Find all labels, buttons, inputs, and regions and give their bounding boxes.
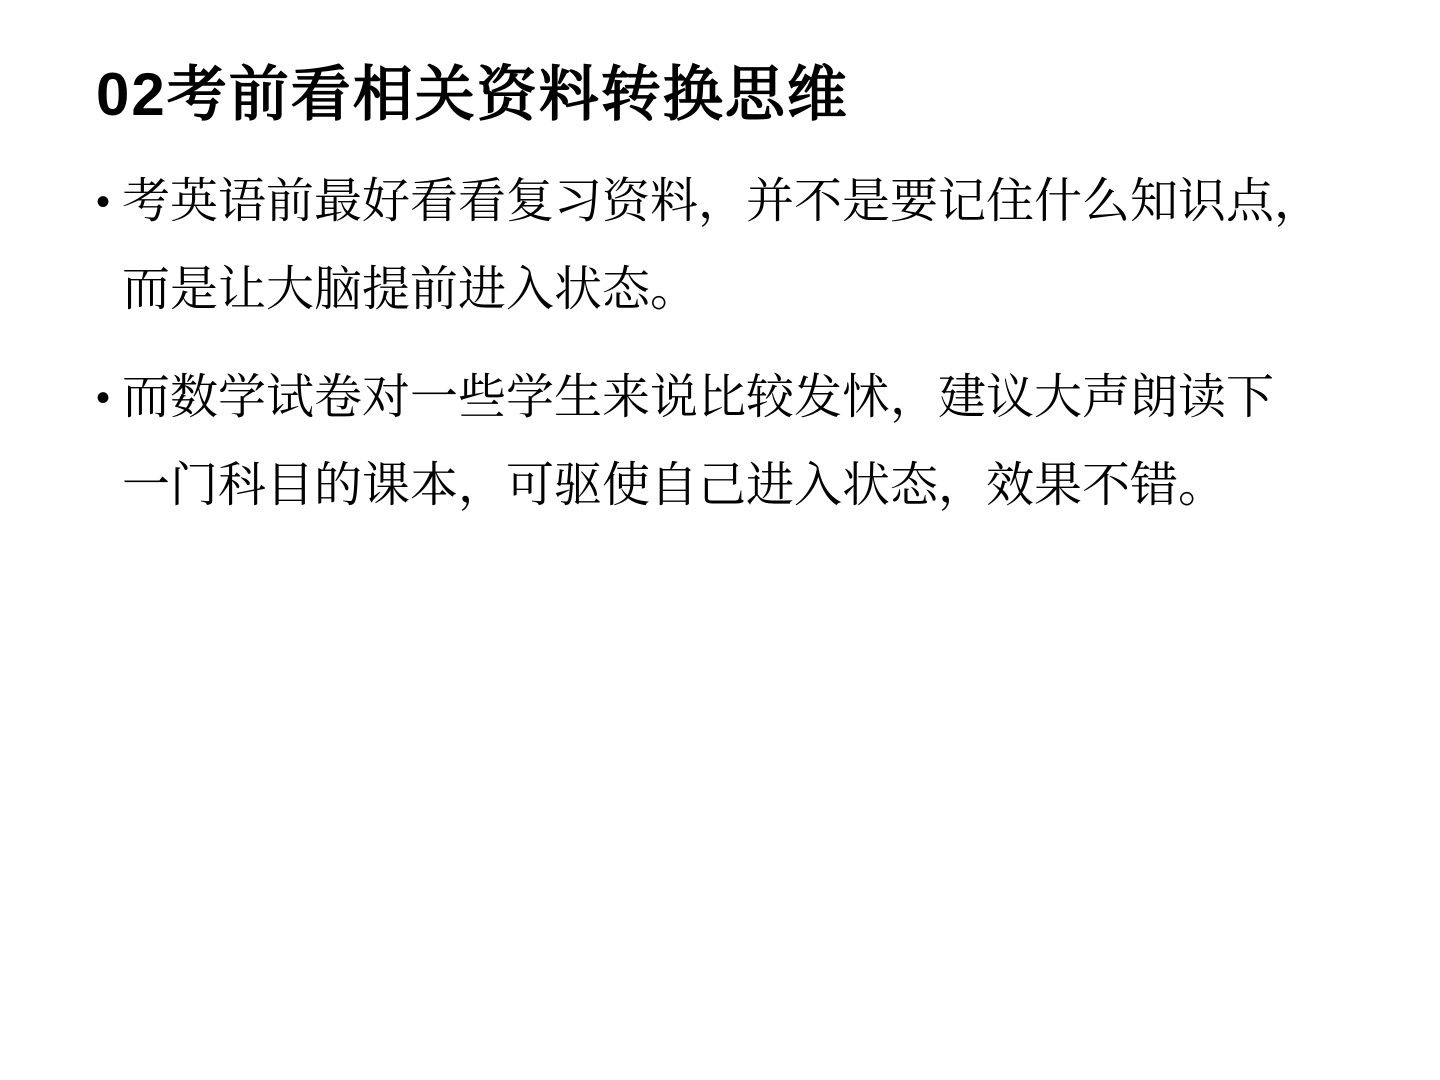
bullet-text-2: 而数学试卷对一些学生来说比较发怵，建议大声朗读下 一门科目的课本，可驱使自己进入… (122, 354, 1400, 530)
bullet-2-line-2: 一门科目的课本，可驱使自己进入状态，效果不错。 (122, 442, 1400, 530)
bullet-text-1: 考英语前最好看看复习资料，并不是要记住什么知识点， 而是让大脑提前进入状态。 (122, 158, 1400, 334)
bullet-2-line-1: 而数学试卷对一些学生来说比较发怵，建议大声朗读下 (122, 354, 1400, 442)
bullet-1-line-1: 考英语前最好看看复习资料，并不是要记住什么知识点， (122, 158, 1400, 246)
bullet-item-2: • 而数学试卷对一些学生来说比较发怵，建议大声朗读下 一门科目的课本，可驱使自己… (96, 354, 1400, 530)
bullet-list: • 考英语前最好看看复习资料，并不是要记住什么知识点， 而是让大脑提前进入状态。… (96, 158, 1400, 530)
bullet-marker: • (96, 158, 122, 246)
bullet-marker: • (96, 354, 122, 442)
bullet-item-1: • 考英语前最好看看复习资料，并不是要记住什么知识点， 而是让大脑提前进入状态。 (96, 158, 1400, 334)
bullet-1-line-2: 而是让大脑提前进入状态。 (122, 246, 1400, 334)
slide-canvas: 02考前看相关资料转换思维 • 考英语前最好看看复习资料，并不是要记住什么知识点… (0, 0, 1440, 1080)
slide-title: 02考前看相关资料转换思维 (96, 56, 1400, 134)
